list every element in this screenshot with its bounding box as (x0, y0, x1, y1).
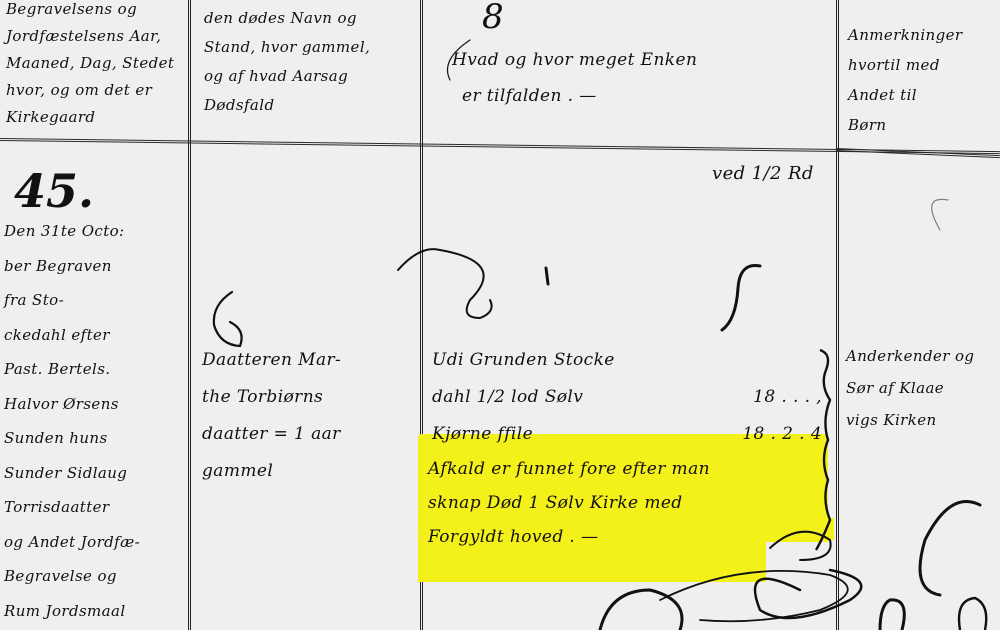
ledger-text: Udi Grunden Stocke (432, 350, 615, 370)
entry-col1-line: Rum Jordsmaal (4, 594, 140, 629)
entry-col4-line: Anderkender og (846, 340, 974, 372)
entry-col3: Udi Grunden Stocke dahl 1/2 lod Sølv18 .… (432, 342, 822, 453)
header-col1-line: Jordfæstelsens Aar, (6, 23, 174, 50)
header-col4-line: Anmerkninger (848, 20, 962, 50)
entry-col1-line: Torrisdaatter (4, 490, 140, 525)
header-col3-line: Hvad og hvor meget Enken (452, 42, 697, 78)
column-divider-3 (836, 0, 839, 630)
header-col2-line: og af hvad Aarsag (204, 62, 370, 91)
header-col3-mark: 8 (482, 2, 504, 33)
entry-col1-line: fra Sto- (4, 283, 140, 318)
entry-col1-line: ckedahl efter (4, 318, 140, 353)
header-col4-line: Andet til (848, 80, 962, 110)
annotation-fee: ved 1/2 Rd (712, 158, 814, 189)
entry-col2-line: daatter = 1 aar (202, 416, 341, 453)
header-col4-line: hvortil med (848, 50, 962, 80)
ledger-line: Udi Grunden Stocke (432, 342, 822, 379)
header-col4-line: Børn (848, 110, 962, 140)
entry-col1-line: Sunder Sidlaug (4, 456, 140, 491)
header-col1-line: Kirkegaard (6, 104, 174, 131)
ledger-line: Kjørne ffile18 . 2 . 4 (432, 416, 822, 453)
header-col1-line: Maaned, Dag, Stedet (6, 50, 174, 77)
entry-col1-line: Sunden huns (4, 421, 140, 456)
entry-col1-line: Begravelse og (4, 559, 140, 594)
header-col2-line: Dødsfald (204, 91, 370, 120)
entry-number: 45. (14, 164, 94, 218)
ledger-line: dahl 1/2 lod Sølv18 . . . , (432, 379, 822, 416)
header-col2-line: Stand, hvor gammel, (204, 33, 370, 62)
entry-col4-line: vigs Kirken (846, 404, 974, 436)
ledger-amount: 18 . . . , (753, 379, 822, 416)
highlighted-line: Afkald er funnet fore efter man (428, 452, 710, 486)
entry-col1-line: og Andet Jordfæ- (4, 525, 140, 560)
header-col2-line: den dødes Navn og (204, 4, 370, 33)
entry-col4: Anderkender og Sør af Klaae vigs Kirken (846, 340, 974, 436)
ledger-text: Kjørne ffile (432, 416, 533, 453)
header-col2: den dødes Navn og Stand, hvor gammel, og… (204, 4, 370, 120)
entry-col4-line: Sør af Klaae (846, 372, 974, 404)
entry-col1-line: Halvor Ørsens (4, 387, 140, 422)
ledger-amount: 18 . 2 . 4 (742, 416, 822, 453)
header-col3-line: er tilfalden . — (452, 78, 697, 114)
entry-col2-line: gammel (202, 453, 341, 490)
entry-col1: Den 31te Octo: ber Begraven fra Sto- cke… (4, 214, 140, 628)
column-divider-1 (188, 0, 191, 630)
entry-col2-line: Daatteren Mar- (202, 342, 341, 379)
header-col1-line: Begravelsens og (6, 0, 174, 23)
entry-col1-line: Past. Bertels. (4, 352, 140, 387)
document-page: Begravelsens og Jordfæstelsens Aar, Maan… (0, 0, 1000, 630)
header-col1-line: hvor, og om det er (6, 77, 174, 104)
entry-col2: Daatteren Mar- the Torbiørns daatter = 1… (202, 342, 341, 490)
highlight-block-notch (808, 518, 834, 540)
header-rule (0, 138, 1000, 154)
header-col1: Begravelsens og Jordfæstelsens Aar, Maan… (6, 0, 174, 131)
entry-col2-line: the Torbiørns (202, 379, 341, 416)
entry-col1-line: ber Begraven (4, 249, 140, 284)
highlighted-passage: Afkald er funnet fore efter man sknap Dø… (428, 452, 710, 554)
header-col3: Hvad og hvor meget Enken er tilfalden . … (452, 42, 697, 114)
header-col4: Anmerkninger hvortil med Andet til Børn (848, 20, 962, 140)
entry-col1-line: Den 31te Octo: (4, 214, 140, 249)
ledger-text: dahl 1/2 lod Sølv (432, 379, 583, 416)
highlighted-line: sknap Død 1 Sølv Kirke med (428, 486, 710, 520)
highlighted-line: Forgyldt hoved . — (428, 520, 710, 554)
